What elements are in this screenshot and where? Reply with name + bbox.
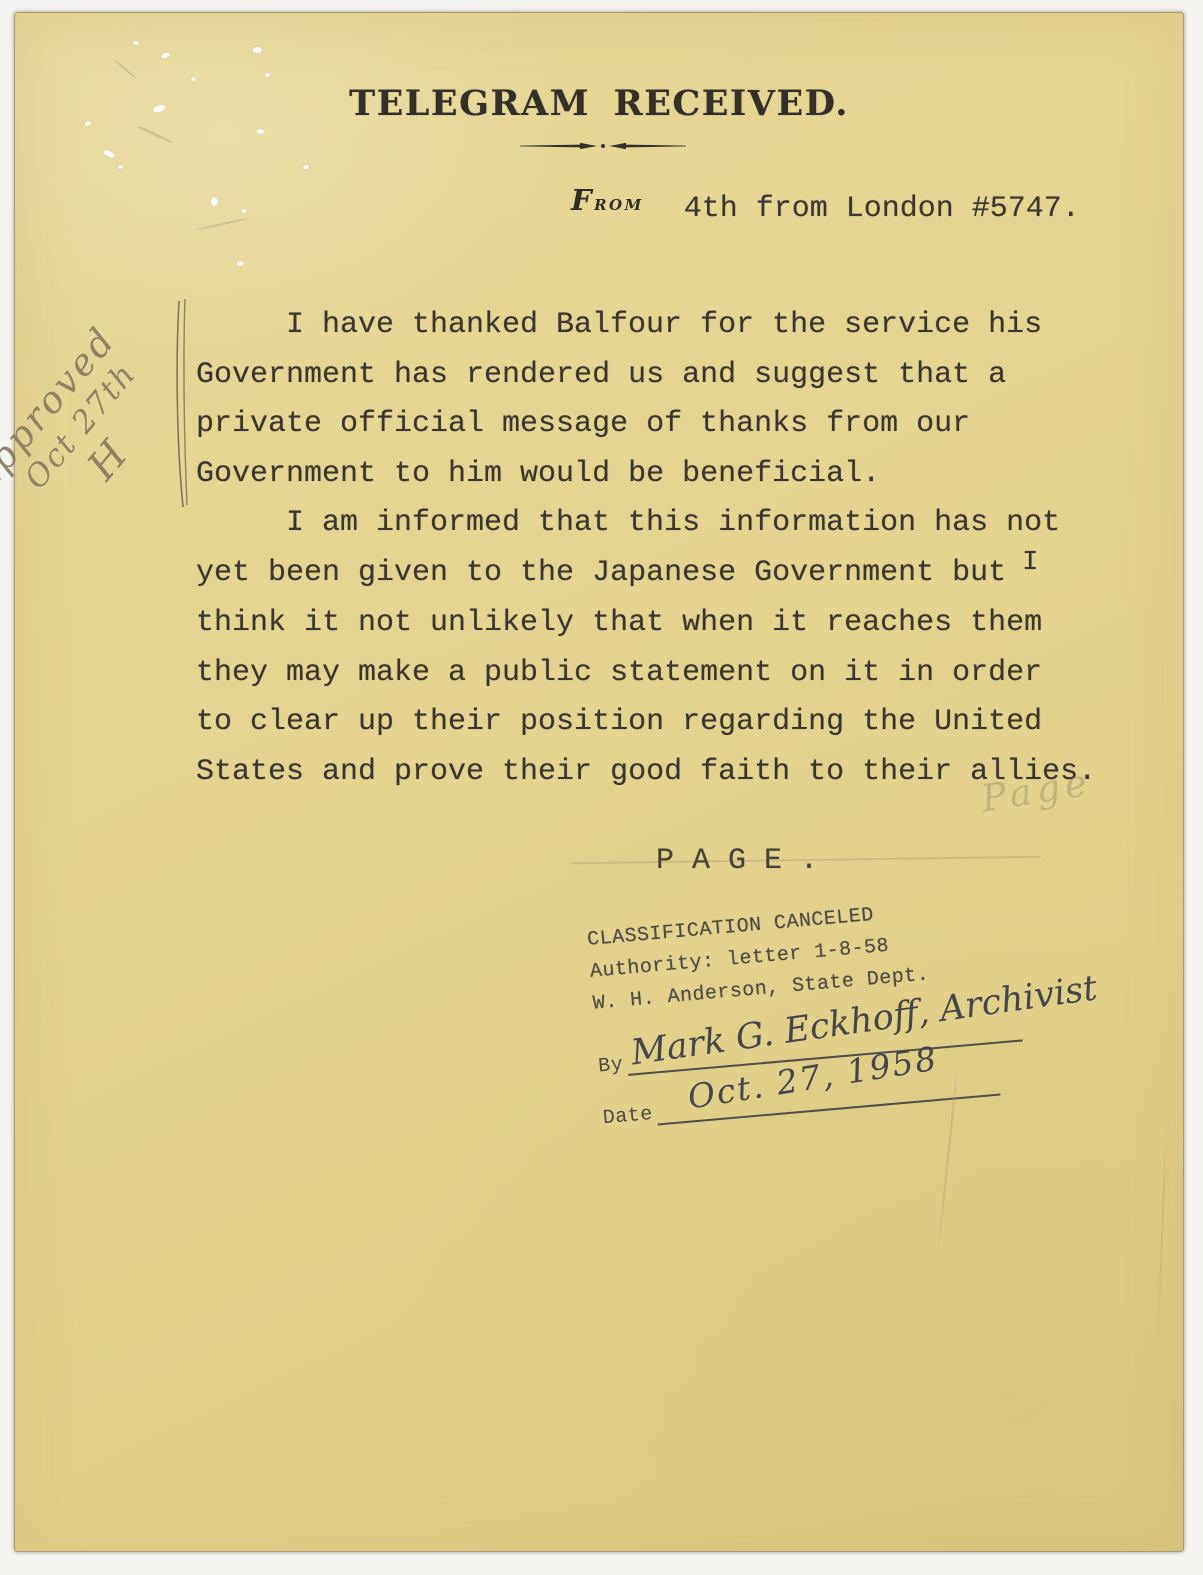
body-line: think it not unlikely that when it reach… — [196, 599, 1126, 649]
approval-date: Oct 27th — [18, 323, 172, 496]
body-line-text: yet been given to the Japanese Governmen… — [196, 556, 1006, 590]
telegram-body: I have thanked Balfour for the service h… — [196, 301, 1126, 797]
body-line: I have thanked Balfour for the service h… — [196, 301, 1126, 351]
body-line: I am informed that this information has … — [196, 499, 1126, 549]
body-line: they may make a public statement on it i… — [196, 649, 1126, 699]
body-line: yet been given to the Japanese Governmen… — [196, 549, 1126, 600]
sender-signature: P A G E . — [656, 844, 818, 878]
date-label: Date — [602, 1103, 654, 1130]
margin-pencil-line — [173, 297, 191, 511]
raised-typed-i: I — [1022, 539, 1038, 589]
approval-word: approved — [0, 295, 144, 499]
page-title: TELEGRAM RECEIVED. — [15, 83, 1183, 124]
telegram-paper-sheet: TELEGRAM RECEIVED. From4th from London #… — [14, 12, 1184, 1552]
from-value: 4th from London #5747. — [684, 192, 1080, 226]
body-line: private official message of thanks from … — [196, 400, 1126, 450]
body-line: to clear up their position regarding the… — [196, 698, 1126, 748]
classification-cancel-stamp: CLASSIFICATION CANCELED Authority: lette… — [586, 883, 1082, 1130]
by-label: By — [597, 1053, 624, 1078]
scanned-document-screenshot: TELEGRAM RECEIVED. From4th from London #… — [0, 0, 1203, 1575]
from-row: From4th from London #5747. — [571, 183, 1080, 226]
from-label: From — [571, 183, 644, 217]
body-line: Government to him would be beneficial. — [196, 450, 1126, 500]
title-divider-ornament — [518, 139, 688, 153]
body-line: Government has rendered us and suggest t… — [196, 351, 1126, 401]
paper-crease — [1157, 1128, 1167, 1348]
